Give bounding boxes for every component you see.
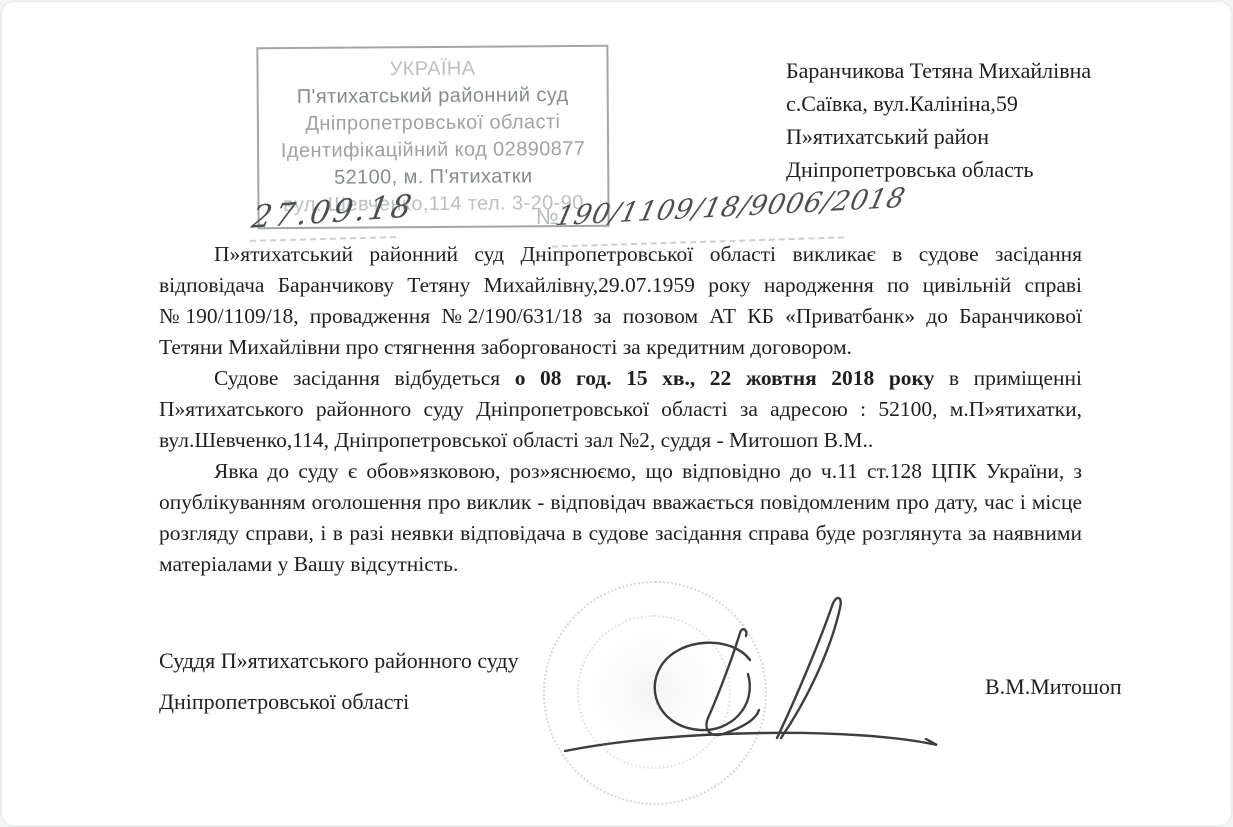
scanned-court-summons: УКРАЇНА П'ятихатський районний суд Дніпр… [0,0,1233,827]
hearing-sentence-start: Судове засідання відбудеться [214,366,515,390]
recipient-block: Баранчикова Тетяна Михайлівна с.Саївка, … [786,54,1091,186]
stamp-court-name: П'ятихатський районний суд [259,82,607,111]
recipient-district: П»ятихатський район [786,120,1091,153]
stamp-region-line: Дніпропетровської області [259,109,607,138]
summons-body: П»ятихатський районний суд Дніпропетровс… [159,239,1082,580]
judge-title-line-1: Суддя П»ятихатського районного суду [159,640,519,681]
recipient-name: Баранчикова Тетяна Михайлівна [786,54,1091,87]
stamp-postal-line: 52100, м. П'ятихатки [259,163,607,192]
judge-title-block: Суддя П»ятихатського районного суду Дніп… [159,640,519,722]
body-paragraph-summons: П»ятихатський районний суд Дніпропетровс… [159,239,1082,363]
body-paragraph-hearing: Судове засідання відбудеться о 08 год. 1… [159,363,1082,456]
judge-title-line-2: Дніпропетровської області [159,681,519,722]
body-paragraph-appearance-notice: Явка до суду є обов»язковою, роз»яснюємо… [159,456,1082,580]
judge-name: В.М.Митошоп [985,674,1122,700]
stamp-id-code-line: Ідентифікаційний код 02890877 [259,136,607,165]
recipient-street: с.Саївка, вул.Калініна,59 [786,87,1091,120]
hearing-datetime: о 08 год. 15 хв., 22 жовтня 2018 року [515,366,935,390]
judge-signature-icon [545,578,955,778]
stamp-country-line: УКРАЇНА [258,55,606,84]
recipient-region: Дніпропетровська область [786,153,1091,186]
